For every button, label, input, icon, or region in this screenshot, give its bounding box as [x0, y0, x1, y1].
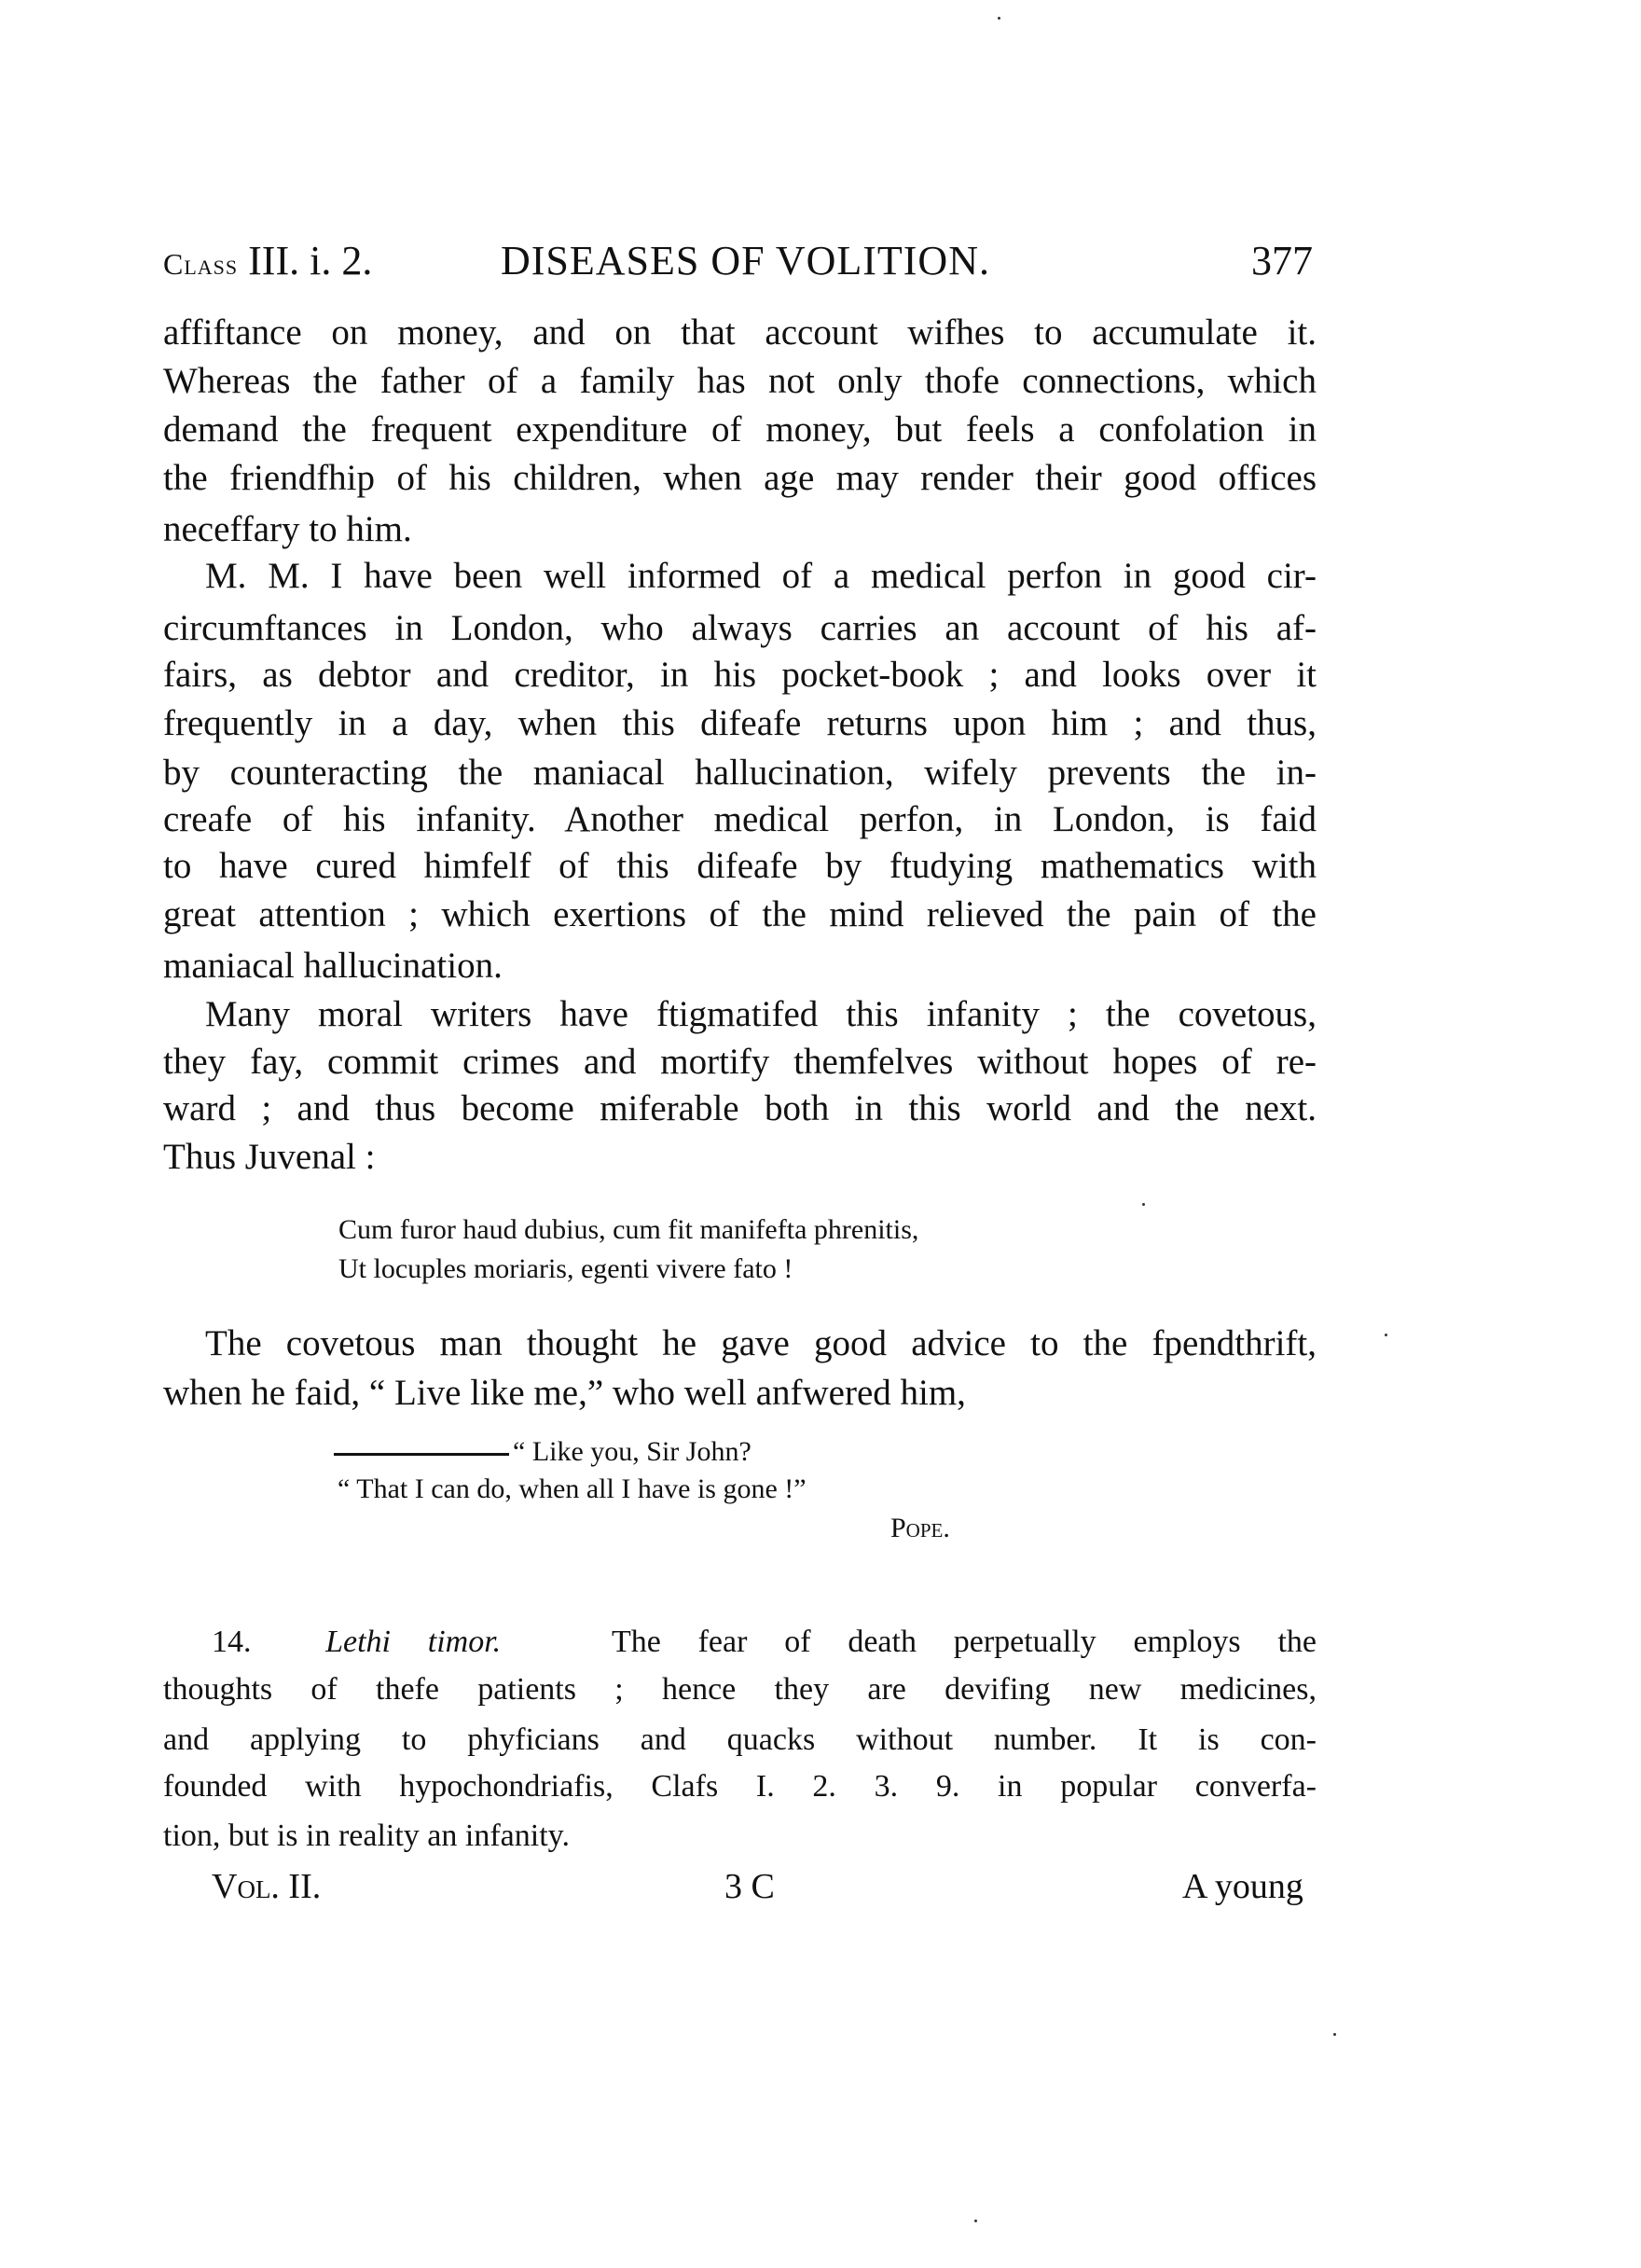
latin-quote-line: Ut locuples moriaris, egenti vivere fato… [338, 1250, 793, 1289]
scan-speck [1333, 2033, 1336, 2036]
catchword: A young [1182, 1863, 1303, 1910]
class-label: Class [163, 247, 238, 281]
book-page: Class III. i. 2. DISEASES OF VOLITION. 3… [0, 0, 1641, 2268]
signature-mark: 3 C [724, 1863, 775, 1910]
latin-quote-line: Cum furor haud dubius, cum fit manifefta… [338, 1210, 918, 1250]
running-header-title: DISEASES OF VOLITION. [501, 238, 990, 284]
running-header-class: Class III. i. 2. [163, 238, 372, 284]
scan-speck [1142, 1203, 1145, 1206]
pope-quote-line-2: “ That I can do, when all I have is gone… [338, 1470, 807, 1509]
text-line: frequently in a day, when this difeafe r… [163, 699, 1317, 748]
section-14-first-line: 14. Lethi timor. The fear of death perpe… [212, 1618, 1317, 1666]
scan-speck [1385, 1334, 1387, 1336]
text-line: creafe of his infanity. Another medical … [163, 795, 1317, 844]
text-line: the friendfhip of his children, when age… [163, 454, 1317, 503]
text-line: thoughts of thefe patients ; hence they … [163, 1666, 1317, 1714]
text-line: ward ; and thus become miferable both in… [163, 1085, 1317, 1133]
text-line: demand the frequent expenditure of money… [163, 406, 1317, 454]
text-line: Thus Juvenal : [163, 1133, 1317, 1182]
text-line: they fay, commit crimes and mortify them… [163, 1038, 1317, 1086]
text-line: fairs, as debtor and creditor, in his po… [163, 651, 1317, 699]
text-line: M. M. I have been well informed of a med… [205, 552, 1317, 601]
section-number: 14. [212, 1625, 252, 1659]
text-line: and applying to phyficians and quacks wi… [163, 1716, 1317, 1764]
pope-attribution: Pope. [890, 1509, 950, 1548]
class-numeral: III. i. 2. [248, 238, 372, 283]
page-number: 377 [1251, 238, 1313, 284]
text-line: Whereas the father of a family has not o… [163, 357, 1317, 406]
text-line: when he faid, “ Live like me,” who well … [163, 1369, 1317, 1417]
scan-speck [974, 2220, 977, 2222]
text-line: maniacal hallucination. [163, 942, 1317, 990]
text-line: by counteracting the maniacal hallucinat… [163, 749, 1317, 797]
text-line: The covetous man thought he gave good ad… [205, 1320, 1317, 1368]
text-line: great attention ; which exertions of the… [163, 891, 1317, 939]
section-term: Lethi timor. [325, 1625, 501, 1659]
text-line: Many moral writers have ftigmatifed this… [205, 990, 1317, 1039]
scan-speck [998, 17, 1000, 20]
text-line: to have cured himfelf of this difeafe by… [163, 842, 1317, 891]
text-line: tion, but is in reality an infanity. [163, 1812, 1317, 1860]
pope-quote-line-1: “ Like you, Sir John? [334, 1432, 752, 1472]
text-line: neceffary to him. [163, 505, 1317, 554]
text-line: affiftance on money, and on that account… [163, 309, 1317, 357]
text-line: circumftances in London, who always carr… [163, 604, 1317, 653]
volume-label: Vol. II. [212, 1863, 321, 1910]
em-dash-rule [334, 1453, 509, 1456]
text-line: founded with hypochondriafis, Clafs I. 2… [163, 1763, 1317, 1811]
